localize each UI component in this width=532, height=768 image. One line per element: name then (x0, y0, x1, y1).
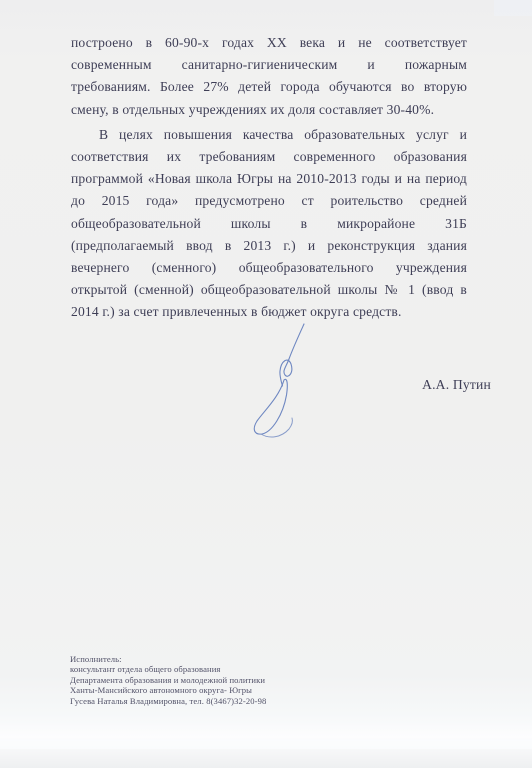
executor-line: Гусева Наталья Владимировна, тел. 8(3467… (70, 696, 266, 706)
signature-ink (238, 322, 353, 457)
signer-name: А.А. Путин (422, 377, 491, 393)
body-paragraph-2: В целях повышения качества образовательн… (71, 124, 467, 324)
executor-note: Исполнитель: консультант отдела общего о… (70, 654, 266, 706)
executor-line: Исполнитель: (70, 654, 266, 664)
executor-line: Ханты-Мансийского автономного округа- Юг… (70, 685, 266, 695)
scanned-document-page: построено в 60-90-х годах XX века и не с… (0, 0, 532, 768)
executor-line: Департамента образования и молодежной по… (70, 675, 266, 685)
document-body: построено в 60-90-х годах XX века и не с… (71, 32, 467, 324)
signature-stroke-loop (254, 379, 287, 434)
body-paragraph-1: построено в 60-90-х годах XX века и не с… (71, 32, 467, 121)
scan-artifact-bottom (0, 739, 532, 749)
scan-artifact-top (494, 0, 532, 16)
executor-line: консультант отдела общего образования (70, 664, 266, 674)
signature-stroke-upper (280, 324, 304, 386)
